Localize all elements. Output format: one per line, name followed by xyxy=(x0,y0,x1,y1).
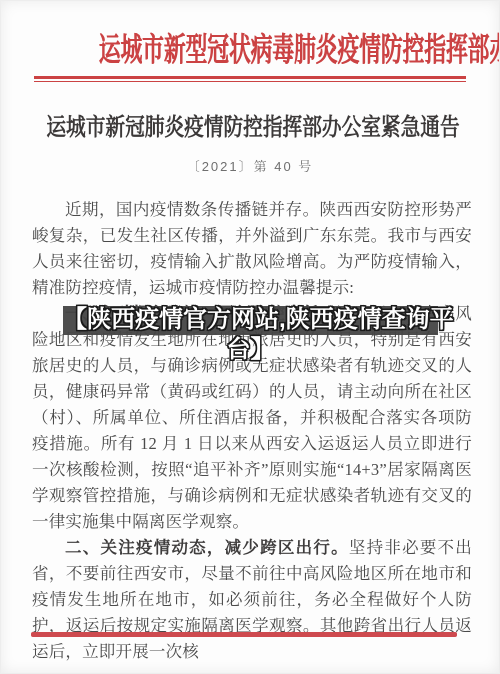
spam-overlay-text-line1: 【陕西疫情官方网站,陕西疫情查询平 xyxy=(63,305,438,335)
document-number: 〔2021〕第 40 号 xyxy=(1,156,499,175)
letterhead-title: 运城市新型冠状病毒肺炎疫情防控指挥部办公室 xyxy=(99,23,500,70)
letterhead-banner: 运城市新型冠状病毒肺炎疫情防控指挥部办公室 xyxy=(1,24,499,69)
notice-title: 运城市新冠肺炎疫情防控指挥部办公室紧急通告 xyxy=(46,107,459,142)
bottom-red-divider xyxy=(31,632,457,637)
section2-heading: 二、关注疫情动态，减少跨区出行。 xyxy=(65,538,349,557)
notice-body: 近期，国内疫情数条传播链并存。陕西西安防控形势严峻复杂，已发生社区传播，并外溢到… xyxy=(32,197,472,665)
spam-overlay-text-line2: 台】 xyxy=(63,335,438,365)
notice-title-row: 运城市新冠肺炎疫情防控指挥部办公室紧急通告 xyxy=(1,107,499,142)
paragraph-section2: 二、关注疫情动态，减少跨区出行。坚持非必要不出省，不要前往西安市，尽量不前往中高… xyxy=(32,535,472,665)
document-page: 运城市新型冠状病毒肺炎疫情防控指挥部办公室 运城市新冠肺炎疫情防控指挥部办公室紧… xyxy=(0,0,500,674)
intro-text: 近期，国内疫情数条传播链并存。陕西西安防控形势严峻复杂，已发生社区传播，并外溢到… xyxy=(32,200,472,297)
letterhead-double-rule xyxy=(34,76,466,82)
paragraph-intro: 近期，国内疫情数条传播链并存。陕西西安防控形势严峻复杂，已发生社区传播，并外溢到… xyxy=(32,197,472,301)
